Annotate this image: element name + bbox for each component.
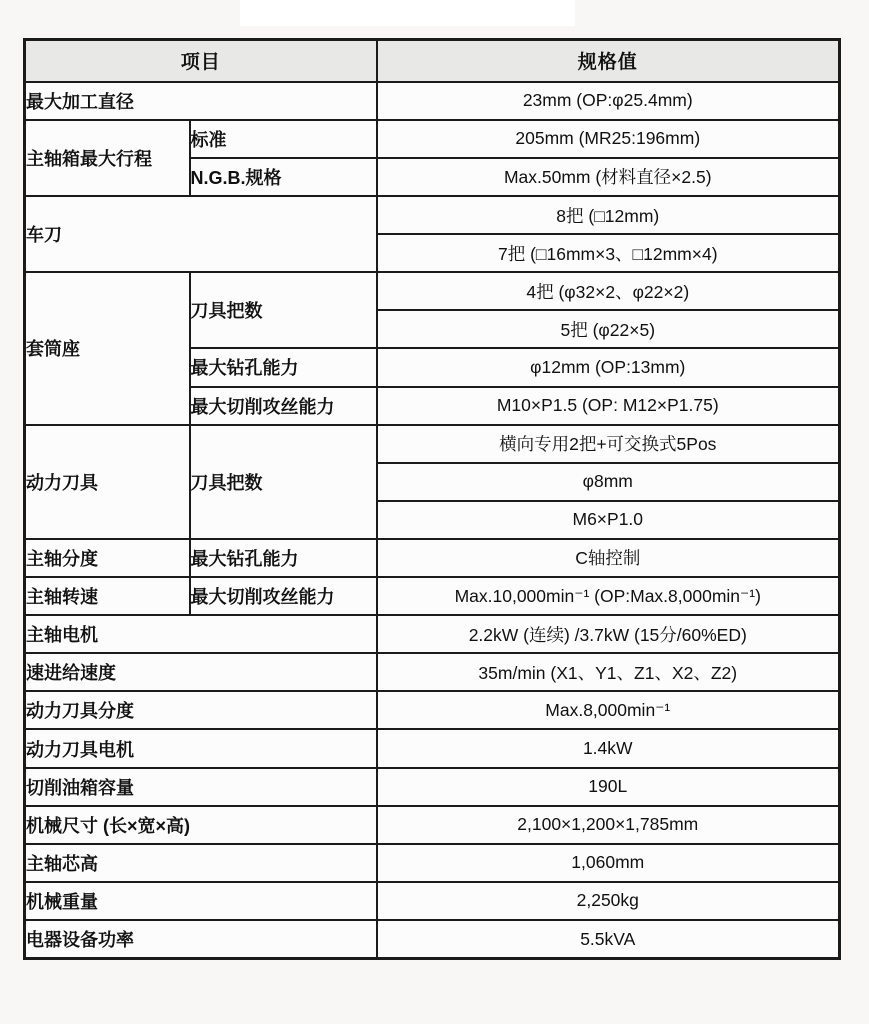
item-label: 机械重量 xyxy=(25,882,377,920)
item-label: 主轴芯高 xyxy=(25,844,377,882)
sub-item-label: 最大钻孔能力 xyxy=(190,348,377,386)
spec-value: 2,250kg xyxy=(377,882,840,920)
spec-value: 4把 (φ32×2、φ22×2) xyxy=(377,272,840,310)
item-label: 最大加工直径 xyxy=(25,82,377,120)
item-label: 车刀 xyxy=(25,196,377,272)
spec-value: 2.2kW (连续) /3.7kW (15分/60%ED) xyxy=(377,615,840,653)
table-row: 速进给速度 35m/min (X1、Y1、Z1、X2、Z2) xyxy=(25,653,840,691)
table-header-row: 项目 规格值 xyxy=(25,40,840,82)
item-label: 主轴箱最大行程 xyxy=(25,120,190,196)
table-row: 切削油箱容量 190L xyxy=(25,768,840,806)
header-value: 规格值 xyxy=(377,40,840,82)
table-row: 套筒座 刀具把数 4把 (φ32×2、φ22×2) xyxy=(25,272,840,310)
page: { "table": { "header": { "item": "项目", "… xyxy=(0,0,869,1024)
top-white-patch xyxy=(240,0,575,26)
spec-value: 2,100×1,200×1,785mm xyxy=(377,806,840,844)
spec-value: φ12mm (OP:13mm) xyxy=(377,348,840,386)
item-label: 机械尺寸 (长×宽×高) xyxy=(25,806,377,844)
table-row: 最大加工直径 23mm (OP:φ25.4mm) xyxy=(25,82,840,120)
table-row: 电器设备功率 5.5kVA xyxy=(25,920,840,958)
table-row: 主轴分度 最大钻孔能力 C轴控制 xyxy=(25,539,840,577)
spec-value: 205mm (MR25:196mm) xyxy=(377,120,840,158)
spec-value: 23mm (OP:φ25.4mm) xyxy=(377,82,840,120)
table-row: 动力刀具 刀具把数 横向专用2把+可交换式5Pos xyxy=(25,425,840,463)
table-row: 主轴转速 最大切削攻丝能力 Max.10,000min⁻¹ (OP:Max.8,… xyxy=(25,577,840,615)
table-row: 车刀 8把 (□12mm) xyxy=(25,196,840,234)
sub-item-label: 刀具把数 xyxy=(190,272,377,348)
spec-value: 190L xyxy=(377,768,840,806)
spec-value: Max.10,000min⁻¹ (OP:Max.8,000min⁻¹) xyxy=(377,577,840,615)
item-label: 动力刀具 xyxy=(25,425,190,539)
sub-item-label: N.G.B.规格 xyxy=(190,158,377,196)
table-row: 主轴箱最大行程 标准 205mm (MR25:196mm) xyxy=(25,120,840,158)
sub-item-label: 最大钻孔能力 xyxy=(190,539,377,577)
item-label: 主轴分度 xyxy=(25,539,190,577)
item-label: 主轴电机 xyxy=(25,615,377,653)
item-label: 主轴转速 xyxy=(25,577,190,615)
table-row: 动力刀具分度 Max.8,000min⁻¹ xyxy=(25,691,840,729)
item-label: 套筒座 xyxy=(25,272,190,424)
item-label: 切削油箱容量 xyxy=(25,768,377,806)
sub-item-label: 标准 xyxy=(190,120,377,158)
sub-item-label: 最大切削攻丝能力 xyxy=(190,577,377,615)
item-label: 电器设备功率 xyxy=(25,920,377,958)
spec-value: M6×P1.0 xyxy=(377,501,840,539)
spec-value: φ8mm xyxy=(377,463,840,501)
item-label: 速进给速度 xyxy=(25,653,377,691)
spec-table: 项目 规格值 最大加工直径 23mm (OP:φ25.4mm) 主轴箱最大行程 … xyxy=(23,38,841,960)
spec-value: 1,060mm xyxy=(377,844,840,882)
header-item: 项目 xyxy=(25,40,377,82)
spec-value: 35m/min (X1、Y1、Z1、X2、Z2) xyxy=(377,653,840,691)
spec-value: 7把 (□16mm×3、□12mm×4) xyxy=(377,234,840,272)
spec-value: 5把 (φ22×5) xyxy=(377,310,840,348)
sub-item-label: 刀具把数 xyxy=(190,425,377,539)
table-row: 机械重量 2,250kg xyxy=(25,882,840,920)
spec-value: 横向专用2把+可交换式5Pos xyxy=(377,425,840,463)
spec-value: Max.50mm (材料直径×2.5) xyxy=(377,158,840,196)
spec-value: C轴控制 xyxy=(377,539,840,577)
table-row: 机械尺寸 (长×宽×高) 2,100×1,200×1,785mm xyxy=(25,806,840,844)
sub-item-label: 最大切削攻丝能力 xyxy=(190,387,377,425)
spec-value: Max.8,000min⁻¹ xyxy=(377,691,840,729)
table-row: 动力刀具电机 1.4kW xyxy=(25,729,840,767)
spec-value: 1.4kW xyxy=(377,729,840,767)
item-label: 动力刀具分度 xyxy=(25,691,377,729)
spec-value: 5.5kVA xyxy=(377,920,840,958)
spec-value: M10×P1.5 (OP: M12×P1.75) xyxy=(377,387,840,425)
spec-value: 8把 (□12mm) xyxy=(377,196,840,234)
item-label: 动力刀具电机 xyxy=(25,729,377,767)
table-row: 主轴芯高 1,060mm xyxy=(25,844,840,882)
table-row: 主轴电机 2.2kW (连续) /3.7kW (15分/60%ED) xyxy=(25,615,840,653)
